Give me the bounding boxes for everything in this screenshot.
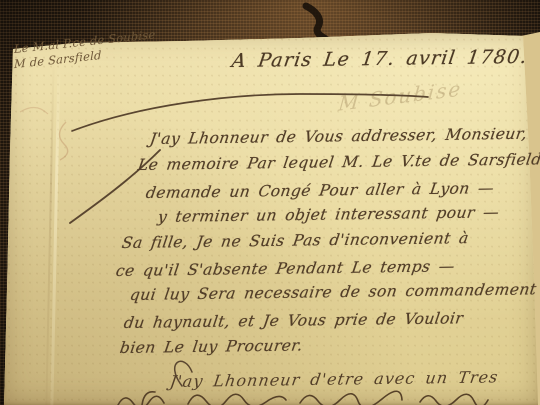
letter-body-line: bien Le luy Procurer. — [119, 336, 304, 357]
dateline: A Paris Le 17. avril 1780. — [230, 46, 529, 72]
letter-photograph: Le M.al P.ce de Soubise M de Sarsfield A… — [0, 0, 540, 405]
thread-mark-icon — [306, 6, 326, 39]
